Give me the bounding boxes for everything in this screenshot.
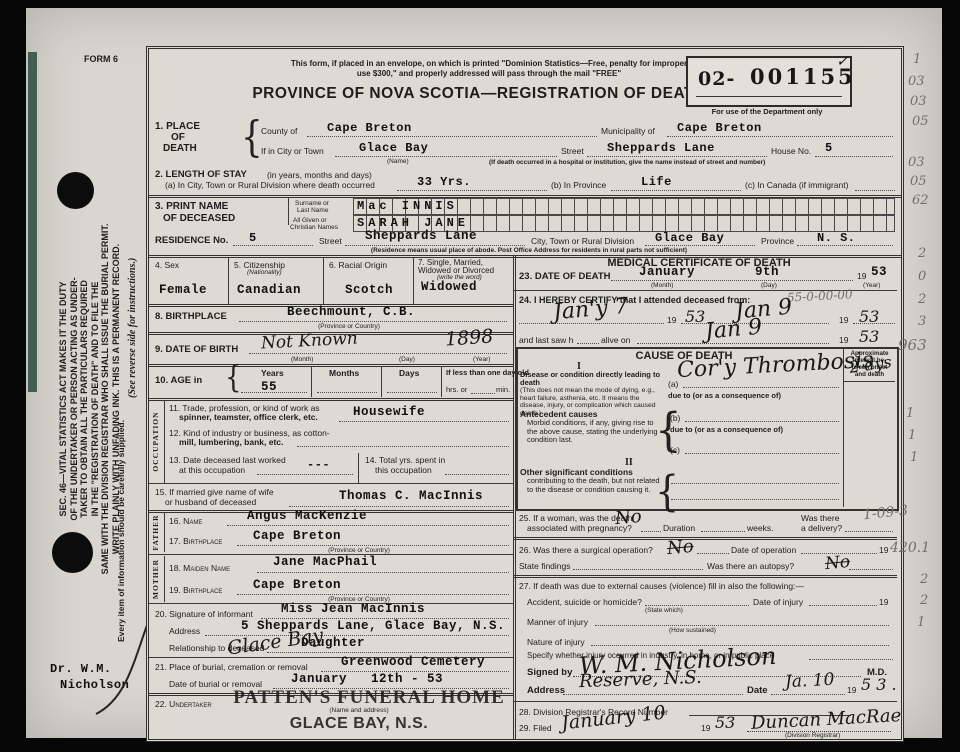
cause-b-label: (b)	[670, 413, 680, 423]
signed-date-label: Date	[747, 685, 768, 696]
s1-house-label: House No.	[771, 146, 811, 156]
s11-value: Housewife	[353, 405, 425, 419]
medical-certificate-title: MEDICAL CERTIFICATE OF DEATH	[529, 257, 869, 269]
signed-yr: 19	[847, 685, 856, 695]
undertaker-stamp-place: GLACE BAY, N.S.	[249, 715, 469, 733]
s25-delivery-label1: Was there	[801, 513, 839, 523]
scanned-death-registration: FORM 6 SEC. 46—VITAL STATISTICS ACT MAKE…	[0, 0, 960, 752]
undertaker-stamp-name: PATTEN'S FUNERAL HOME	[219, 687, 519, 709]
cause-c-label: (c)	[670, 445, 680, 455]
s3-surname-value: Mac INNIS	[357, 199, 458, 213]
margin-code: 05	[912, 114, 929, 129]
department-caption: For use of the Department only	[686, 107, 848, 116]
s25-delivery-label2: a delivery?	[801, 523, 842, 533]
margin-code: 0	[918, 269, 926, 284]
s3-surname-label1: Surname or	[295, 200, 329, 207]
s9-month-note: (Month)	[291, 356, 313, 363]
s10-brace: {	[225, 360, 242, 396]
form-number: FORM 6	[84, 54, 118, 64]
s22-label: 22. Undertaker	[155, 699, 212, 709]
s11-label2: spinner, teamster, office clerk, etc.	[179, 412, 318, 422]
s27-label: 27. If death was due to external causes …	[519, 581, 804, 591]
s26-autopsy-label: Was there an autopsy?	[707, 561, 794, 571]
s27-injury-date-label: Date of injury	[753, 597, 803, 607]
signed-date-hand: Ja. 10	[785, 670, 835, 693]
s16-label: 16. Name	[169, 516, 202, 526]
s1-street-value: Sheppards Lane	[607, 141, 715, 155]
s15-value: Thomas C. MacInnis	[339, 489, 483, 503]
margin-code: 03	[910, 94, 927, 109]
s17-value: Cape Breton	[253, 529, 341, 543]
s3-title2: OF DECEASED	[163, 213, 235, 224]
margin-code: 1	[917, 615, 925, 630]
s29-registrar-note: (Division Registrar)	[785, 732, 840, 739]
registration-form: This form, if placed in an envelope, on …	[146, 46, 904, 742]
s23-month-value: January	[639, 265, 695, 279]
s19-value: Cape Breton	[253, 578, 341, 592]
s10-label: 10. AGE in	[155, 375, 202, 386]
s26-date-label: Date of operation	[731, 545, 796, 555]
s23-day-note: (Day)	[761, 282, 777, 289]
s3-given-label1: All Given or	[293, 217, 327, 224]
s1-municipality-value: Cape Breton	[677, 121, 762, 135]
s3-residence-label: RESIDENCE No.	[155, 235, 228, 246]
s27-how-sustained: (How sustained)	[669, 627, 716, 634]
s17-note: (Province or Country)	[279, 547, 439, 554]
s12-label2: mill, lumbering, bank, etc.	[179, 437, 283, 447]
s3-province-label: Province	[761, 236, 794, 246]
father-tab: FATHER	[151, 513, 163, 552]
s23-year-value: 53	[871, 265, 887, 279]
s4-value: Female	[159, 283, 207, 297]
s24-last-hand: Jan 9	[704, 315, 763, 345]
s3-province-value: N. S.	[817, 231, 856, 245]
s24-y3-hand: 53	[859, 327, 879, 346]
s14-label2: this occupation	[375, 465, 432, 475]
s3-street-value: Sheppards Lane	[365, 229, 477, 243]
signed-year-hand: 5 3 .	[861, 675, 897, 694]
s1-title2: OF	[171, 132, 185, 143]
s27-yr: 19	[879, 597, 888, 607]
signed-address-label: Address	[527, 685, 565, 696]
s2-a-label: (a) In City, Town or Rural Division wher…	[165, 180, 375, 190]
s13-value: ---	[307, 458, 330, 472]
s21-label: 21. Place of burial, cremation or remova…	[155, 662, 308, 672]
s24-last-label1: and last saw h	[519, 335, 573, 345]
s3-residence-no: 5	[249, 231, 257, 245]
s1-municipality-label: Municipality of	[601, 126, 655, 136]
s1-name-note: (Name)	[387, 158, 409, 165]
s18-label: 18. Maiden Name	[169, 563, 230, 573]
s25-pencil-code: 1-09-3	[862, 503, 909, 524]
s3-given-value: SARAH JANE	[357, 216, 469, 230]
s24-y1-hand: 53	[685, 307, 705, 326]
s27-state-which: (State which)	[645, 607, 683, 614]
mother-tab: MOTHER	[151, 556, 163, 602]
s24-yr2: 19	[839, 315, 848, 325]
margin-code: 03	[908, 155, 925, 170]
margin-code: 2	[918, 246, 926, 261]
cause-ii-brace: {	[655, 467, 679, 515]
department-stamp-box: 02- 001155 ✓	[686, 56, 852, 107]
margin-code: 2	[918, 292, 926, 307]
s25-duration-label: Duration	[663, 523, 695, 533]
s1-title3: DEATH	[163, 143, 197, 154]
s15-label2: or husband of deceased	[165, 497, 256, 507]
s2-c-label: (c) In Canada (if immigrant)	[745, 180, 848, 190]
s26-yr: 19	[879, 545, 888, 555]
margin-code: 2	[920, 593, 928, 608]
s4-label: 4. Sex	[155, 260, 179, 270]
s29-yr: 19	[701, 723, 710, 733]
s24-yr3: 19	[839, 335, 848, 345]
reverse-side-note: (See reverse side for instructions.)	[127, 166, 139, 398]
s26-findings-label: State findings	[519, 561, 571, 571]
s27-manner-label: Manner of injury	[527, 617, 588, 627]
s21-burial-place-value: Greenwood Cemetery	[341, 655, 485, 669]
margin-code: 1	[913, 52, 921, 67]
s16-value: Angus MacKenzie	[247, 509, 367, 523]
s2-head: 2. LENGTH OF STAY	[155, 169, 247, 180]
s10-days-head: Days	[399, 368, 419, 378]
s26-hand: No	[666, 536, 694, 559]
s23-month-note: (Month)	[651, 282, 673, 289]
s2-a-value: 33 Yrs.	[417, 175, 471, 189]
s6-value: Scotch	[345, 283, 393, 297]
occupation-tab: OCCUPATION	[151, 400, 163, 483]
s23-day-value: 9th	[755, 265, 779, 279]
s27-nature-label: Nature of injury	[527, 637, 585, 647]
scan-edge-strip	[28, 52, 37, 392]
s9-day-note: (Day)	[399, 356, 415, 363]
cause-antecedent-note: Morbid conditions, if any, giving rise t…	[527, 419, 659, 445]
mail-notice-line1: This form, if placed in an envelope, on …	[209, 59, 769, 68]
s25-weeks-label: weeks.	[747, 523, 773, 533]
s3-note: (Residence means usual place of abode. P…	[299, 247, 759, 254]
s1-city-label: If in City or Town	[261, 146, 324, 156]
s1-brace: {	[241, 112, 263, 162]
stamp-prefix: 02-	[698, 68, 735, 90]
margin-code: 03	[908, 74, 925, 89]
division-registrar-signature: Duncan MacRae	[751, 705, 902, 734]
s25-hand: No	[614, 506, 642, 529]
s29-filed-label: 29. Filed	[519, 723, 552, 733]
s13-label2: at this occupation	[179, 465, 245, 475]
signed-by-label: Signed by	[527, 667, 572, 678]
s2-b-value: Life	[641, 175, 672, 189]
s21-date-value: January 12th - 53	[291, 672, 443, 686]
s5-sub: (Nationality)	[247, 269, 282, 276]
s3-street-label: Street	[319, 236, 342, 246]
s24-last-label2: alive on	[601, 335, 630, 345]
s1-city-value: Glace Bay	[359, 141, 428, 155]
s1-house-value: 5	[825, 141, 833, 155]
s8-label: 8. BIRTHPLACE	[155, 311, 227, 322]
s17-label: 17. Birthplace	[169, 536, 222, 546]
s18-value: Jane MacPhail	[273, 555, 377, 569]
margin-code: 2	[920, 572, 928, 587]
s14-label1: 14. Total yrs. spent in	[365, 455, 445, 465]
s20-address-label: Address	[169, 626, 200, 636]
margin-code: 1	[910, 450, 918, 465]
margin-code: 05	[910, 174, 927, 189]
signed-address-hand: Reserve, N.S.	[579, 667, 702, 692]
s24-pencil-code: 55-0-00-00	[787, 287, 853, 304]
cause-due1: due to (or as a consequence of)	[668, 391, 781, 400]
s24-yr1: 19	[667, 315, 676, 325]
s26-label: 26. Was there a surgical operation?	[519, 545, 653, 555]
s3-given-label2: Christian Names	[290, 224, 338, 231]
s10-min-label: min.	[496, 385, 510, 394]
s3-city-label: City, Town or Rural Division	[531, 236, 634, 246]
s1-hospital-note: (If death occurred in a hospital or inst…	[489, 159, 765, 166]
cause-other-note: contributing to the death, but not relat…	[527, 477, 665, 494]
s10-hrs-label: hrs. or	[446, 385, 467, 394]
s22-note: (Name and address)	[279, 707, 439, 714]
s10-months-head: Months	[329, 368, 359, 378]
s1-county-value: Cape Breton	[327, 121, 412, 135]
mail-notice-line2: use $300," and properly addressed will p…	[209, 69, 769, 78]
checkmark: ✓	[836, 52, 849, 70]
s8-value: Beechmount, C.B.	[287, 305, 415, 319]
cause-due2: due to (or as a consequence of)	[670, 425, 783, 434]
s1-title: 1. PLACE	[155, 121, 200, 132]
s1-county-label: County of	[261, 126, 297, 136]
s24-y2-hand: 53	[859, 307, 879, 326]
s9-label: 9. DATE OF BIRTH	[155, 344, 238, 355]
margin-code: 420.1	[890, 540, 930, 556]
s3-surname-label2: Last Name	[297, 207, 328, 214]
s23-year-note: (Year)	[863, 282, 880, 289]
s24-from-hand: Jan'y 7	[552, 294, 629, 325]
s26-autopsy-hand: No	[824, 552, 851, 574]
s6-label: 6. Racial Origin	[329, 260, 387, 270]
s1-street-label: Street	[561, 146, 584, 156]
s3-city-value: Glace Bay	[655, 231, 724, 245]
s3-title: 3. PRINT NAME	[155, 201, 228, 212]
s2-b-label: (b) In Province	[551, 180, 606, 190]
s9-year-note: (Year)	[473, 356, 490, 363]
s19-label: 19. Birthplace	[169, 585, 222, 595]
s13-label1: 13. Date deceased last worked	[169, 455, 286, 465]
s9-year-value: 1898	[444, 325, 494, 350]
s9-hand-value: Not Known	[261, 328, 359, 353]
s20-label: 20. Signature of informant	[155, 609, 253, 619]
margin-code: 3	[918, 314, 926, 329]
margin-code: 1	[908, 428, 916, 443]
s29-year-hand: 53	[715, 713, 735, 732]
s15-label1: 15. If married give name of wife	[155, 487, 274, 497]
cause-lead-label: Disease or condition directly leading to…	[520, 371, 664, 387]
s23-yr-prefix: 19	[857, 271, 866, 281]
s27-accident-label: Accident, suicide or homicide?	[527, 597, 642, 607]
margin-code: 62	[912, 193, 929, 208]
s23-label: 23. DATE OF DEATH	[519, 271, 611, 282]
s7-value: Widowed	[421, 280, 477, 294]
s10-years-head: Years	[261, 368, 284, 378]
margin-code: 1	[906, 406, 914, 421]
s5-value: Canadian	[237, 283, 301, 297]
s2-head-note: (in years, months and days)	[267, 170, 372, 180]
margin-code: 963	[898, 336, 927, 354]
s20-informant-value: Miss Jean MacInnis	[281, 602, 425, 616]
